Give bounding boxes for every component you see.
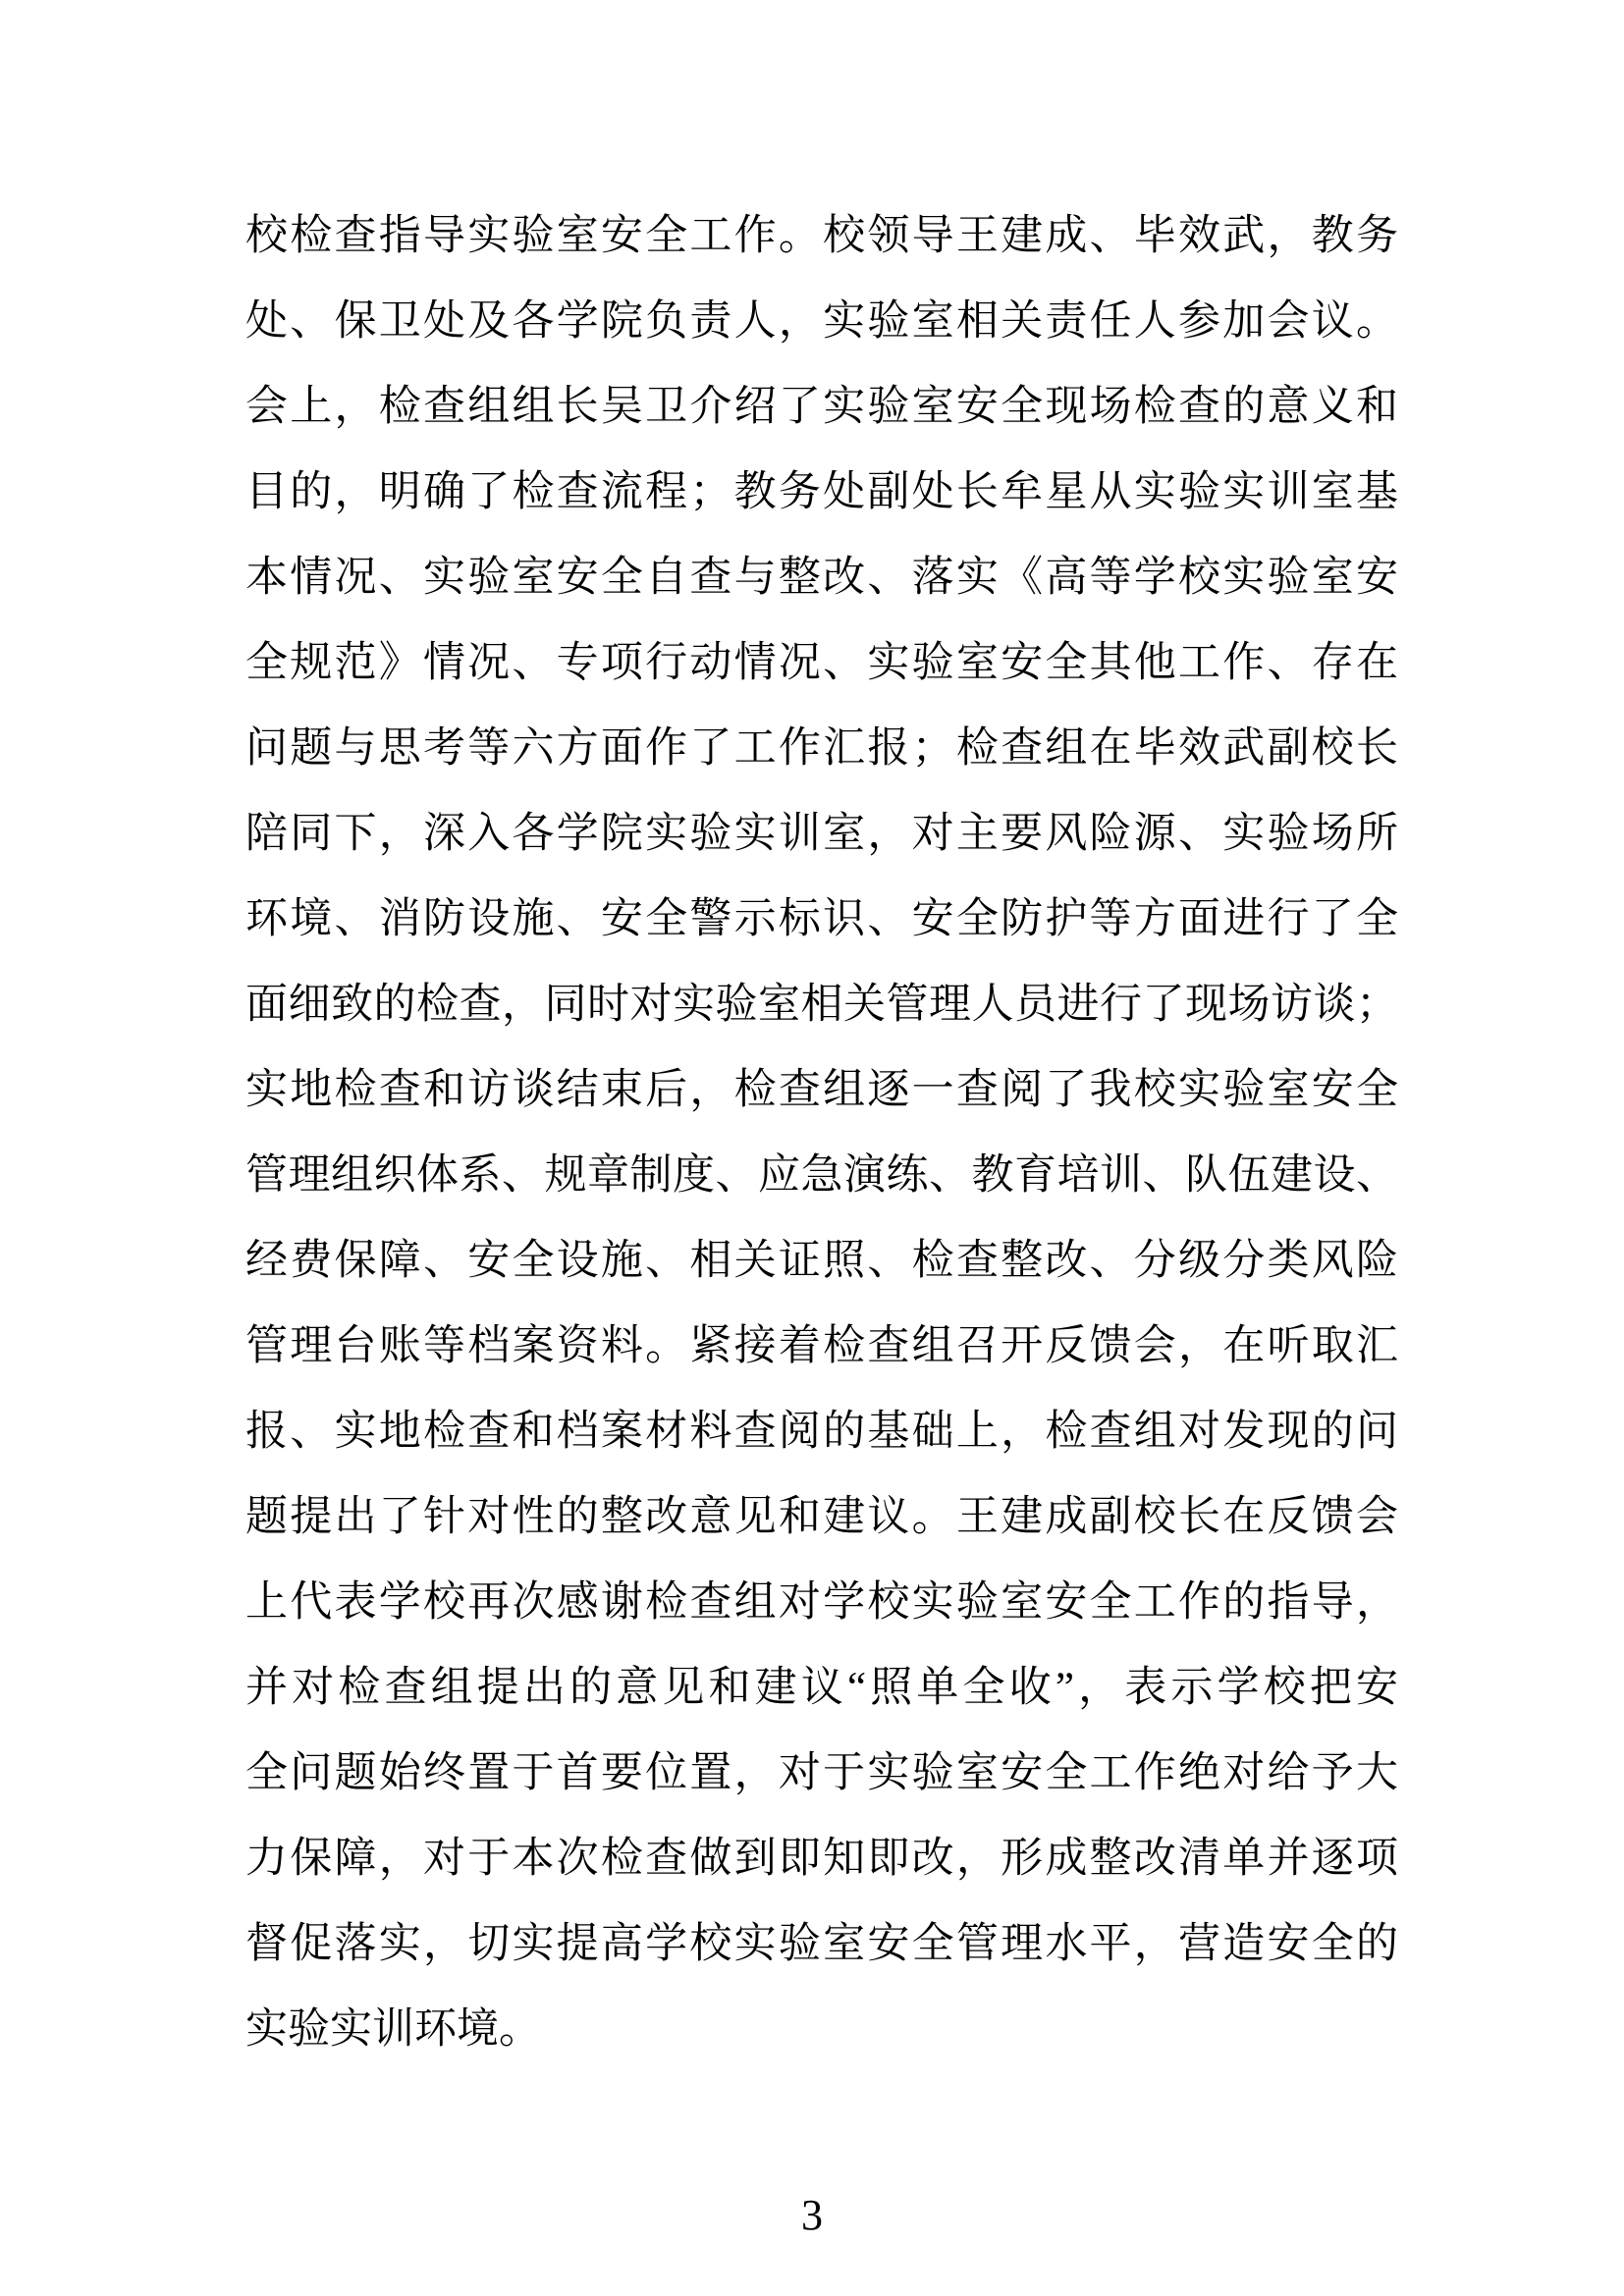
- text-line: 力保障，对于本次检查做到即知即改，形成整改清单并逐项: [245, 1816, 1398, 1901]
- text-line: 校检查指导实验室安全工作。校领导王建成、毕效武，教务: [245, 193, 1398, 279]
- body-text: 校检查指导实验室安全工作。校领导王建成、毕效武，教务 处、保卫处及各学院负责人，…: [245, 193, 1398, 2072]
- text-line: 全问题始终置于首要位置，对于实验室安全工作绝对给予大: [245, 1731, 1398, 1816]
- text-line: 处、保卫处及各学院负责人，实验室相关责任人参加会议。: [245, 279, 1398, 364]
- text-line: 并对检查组提出的意见和建议“照单全收”，表示学校把安: [245, 1645, 1398, 1731]
- text-line: 本情况、实验室安全自查与整改、落实《高等学校实验室安: [245, 535, 1398, 620]
- text-line: 实验实训环境。: [245, 1987, 1398, 2072]
- text-line: 目的，明确了检查流程；教务处副处长牟星从实验实训室基: [245, 450, 1398, 535]
- text-line: 管理组织体系、规章制度、应急演练、教育培训、队伍建设、: [245, 1133, 1398, 1218]
- text-line: 题提出了针对性的整改意见和建议。王建成副校长在反馈会: [245, 1474, 1398, 1560]
- text-line: 面细致的检查，同时对实验室相关管理人员进行了现场访谈；: [245, 962, 1398, 1047]
- text-line: 经费保障、安全设施、相关证照、检查整改、分级分类风险: [245, 1218, 1398, 1304]
- text-line: 报、实地检查和档案材料查阅的基础上，检查组对发现的问: [245, 1389, 1398, 1474]
- text-line: 督促落实，切实提高学校实验室安全管理水平，营造安全的: [245, 1901, 1398, 1987]
- text-line: 全规范》情况、专项行动情况、实验室安全其他工作、存在: [245, 620, 1398, 706]
- text-line: 陪同下，深入各学院实验实训室，对主要风险源、实验场所: [245, 791, 1398, 877]
- text-line: 管理台账等档案资料。紧接着检查组召开反馈会，在听取汇: [245, 1304, 1398, 1389]
- text-line: 环境、消防设施、安全警示标识、安全防护等方面进行了全: [245, 877, 1398, 962]
- document-page: 校检查指导实验室安全工作。校领导王建成、毕效武，教务 处、保卫处及各学院负责人，…: [0, 0, 1624, 2296]
- text-line: 上代表学校再次感谢检查组对学校实验室安全工作的指导，: [245, 1560, 1398, 1645]
- text-line: 会上，检查组组长吴卫介绍了实验室安全现场检查的意义和: [245, 364, 1398, 450]
- text-line: 问题与思考等六方面作了工作汇报；检查组在毕效武副校长: [245, 706, 1398, 791]
- page-number: 3: [0, 2194, 1624, 2237]
- text-line: 实地检查和访谈结束后，检查组逐一查阅了我校实验室安全: [245, 1047, 1398, 1133]
